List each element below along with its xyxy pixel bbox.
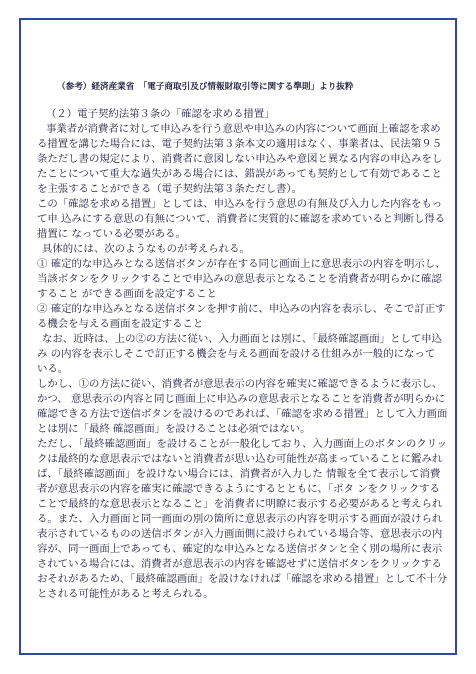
text-line-9: 措置に なっている必要がある。 <box>37 227 443 242</box>
text-line-3: る措置を講じた場合には、電子契約法第３条本文の適用はなく、事業者は、民法第９５ <box>37 137 443 152</box>
text-line-30: 容が、同一画面上であっても、確定的な申込みとなる送信ボタンと全く別の場所に表示 <box>37 542 443 557</box>
text-line-1: （２）電子契約法第３条の「確認を求める措置」 <box>37 107 443 122</box>
text-line-13: すること ができる画面を設定すること <box>37 287 443 302</box>
text-line-24: クは最終的な意思表示ではないと消費者が思い込む可能性が高まっていることに鑑みれ <box>37 452 443 467</box>
text-line-7: この「確認を求める措置」としては、申込みを行う意思の有無及び入力した内容をもっ <box>37 197 443 212</box>
text-line-26: 者が意思表示の内容を確実に確認できるようにするとともに、「ボタ ンをクリックする <box>37 482 443 497</box>
text-line-28: る。また、入力画面と同一画面の別の箇所に意思表示の内容を明示する画面が設けられ <box>37 512 443 527</box>
text-line-5: たことについて重大な過失がある場合には、錯誤があっても契約として有効であること <box>37 167 443 182</box>
document-page: （参考）経済産業省 「電子商取引及び情報財取引等に関する準則」より抜粋 （２）電… <box>0 0 476 674</box>
document-body: （２）電子契約法第３条の「確認を求める措置」事業者が消費者に対して申込みを行う意… <box>37 107 443 602</box>
text-line-10: 具体的には、次のようなものが考えられる。 <box>37 242 443 257</box>
text-line-23: ただし、「最終確認画面」を設けることが一般化しており、入力画面上のボタンのクリッ <box>37 437 443 452</box>
text-line-19: しかし、①の方法に従い、消費者が意思表示の内容を確実に確認できるように表示し、 <box>37 377 443 392</box>
text-line-18: いる。 <box>37 362 443 377</box>
text-line-12: 当該ボタンをクリックすることで申込みの意思表示となることを消費者が明らかに確認 <box>37 272 443 287</box>
text-line-15: る機会を与える画面を設定すること <box>37 317 443 332</box>
text-line-22: とは別に「最終 確認画面」を設けることは必須ではない。 <box>37 422 443 437</box>
text-line-4: 条ただし書の規定により、消費者に意図しない申込みや意図と異なる内容の申込みをし <box>37 152 443 167</box>
text-line-16: なお、近時は、上の②の方法に従い、入力画面とは別に、「最終確認画面」として申込 <box>37 332 443 347</box>
page-content: （参考）経済産業省 「電子商取引及び情報財取引等に関する準則」より抜粋 （２）電… <box>37 80 443 602</box>
text-line-29: 表示されているものの送信ボタンが入力画面側に設けられている場合等、意思表示の内 <box>37 527 443 542</box>
document-title: （参考）経済産業省 「電子商取引及び情報財取引等に関する準則」より抜粋 <box>37 80 443 95</box>
text-line-14: ② 確定的な申込みとなる送信ボタンを押す前に、申込みの内容を表示し、そこで訂正す <box>37 302 443 317</box>
page-border-frame: （参考）経済産業省 「電子商取引及び情報財取引等に関する準則」より抜粋 （２）電… <box>19 18 457 655</box>
text-line-21: 確認できる方法で送信ボタンを設けるのであれば、「確認を求める措置」として入力画面 <box>37 407 443 422</box>
text-line-33: とされる可能性があると考えられる。 <box>37 587 443 602</box>
text-line-8: て申 込みにする意思の有無について、消費者に実質的に確認を求めていると判断し得る <box>37 212 443 227</box>
text-line-17: み の内容を表示しそこで訂正する機会を与える画面を設ける仕組みが一般的になって <box>37 347 443 362</box>
text-line-31: されている場合には、消費者が意思表示の内容を確認せずに送信ボタンをクリックする <box>37 557 443 572</box>
text-line-32: おそれがあるため、「最終確認画面」を設けなければ「確認を求める措置」として不十分 <box>37 572 443 587</box>
text-line-2: 事業者が消費者に対して申込みを行う意思や申込みの内容について画面上確認を求め <box>37 122 443 137</box>
text-line-27: ことで最終的な意思表示となること」を消費者に明瞭に表示する必要があると考えられ <box>37 497 443 512</box>
text-line-6: を主張することができる（電子契約法第３条ただし書）。 <box>37 182 443 197</box>
text-line-25: ば、「最終確認画面」を設けない場合には、消費者が入力した 情報を全て表示して消費 <box>37 467 443 482</box>
text-line-11: ① 確定的な申込みとなる送信ボタンが存在する同じ画面上に意思表示の内容を明示し、 <box>37 257 443 272</box>
text-line-20: かつ、 意思表示の内容と同じ画面上に申込みの意思表示となることを消費者が明らかに <box>37 392 443 407</box>
